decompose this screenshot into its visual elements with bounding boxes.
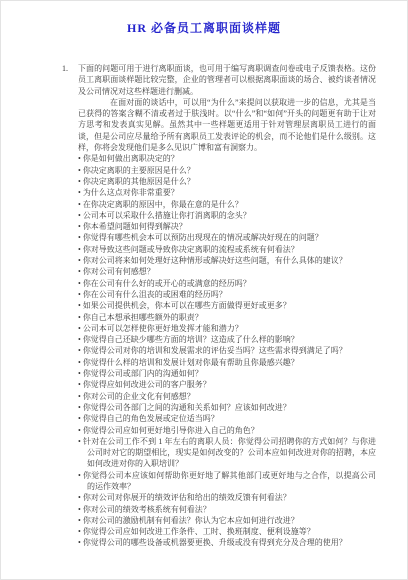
question-text: 你决定离职的主要原因是什么？ [83,166,195,175]
bullet-icon: • [78,324,81,333]
question-text: 你本希望问题如何得到解决？ [83,222,187,231]
bullet-icon: • [78,369,81,378]
question-text: 公司本可以采取什么措施让你打消离职的念头？ [83,211,251,220]
question-text: 在你决定离职的原因中，你最在意的是什么？ [83,200,243,209]
question-item: •你决定离职的主要原因是什么？ [78,165,376,176]
bullet-icon: • [78,177,81,186]
bullet-icon: • [78,245,81,254]
question-text: 你对公司的绩效考核系统有何看法？ [83,505,211,514]
question-item: •你自己本想承担哪些额外的职责？ [78,312,376,323]
question-text: 你对公司对你展开的绩效评估和给出的绩效反馈有何看法？ [83,493,291,502]
question-item: •针对在公司工作不到 1 年左右的离职人员：你觉得公司招聘你的方式如何？与你进公… [78,436,376,470]
bullet-icon: • [78,290,81,299]
question-text: 你决定离职的其他原因是什么？ [83,177,195,186]
question-item: •你在公司有什么好的或开心的或满意的经历吗？ [78,278,376,289]
question-item: •你觉得公司或部门内的沟通如何？ [78,368,376,379]
question-item: •为什么这点对你非常重要？ [78,187,376,198]
bullet-icon: • [78,166,81,175]
question-item: •你对导致这些问题或导致你决定离职的流程或系统有何看法？ [78,244,376,255]
question-item: •你觉得公司的哪些设备或机器要更换、升级或没有得到充分及合理的使用？ [78,537,376,548]
bullet-icon: • [78,414,81,423]
question-item: •你觉得公司应如何更好地引导你进入自己的角色？ [78,425,376,436]
question-text: 你觉得公司或部门内的沟通如何？ [83,369,203,378]
bullet-icon: • [78,222,81,231]
bullet-icon: • [78,437,81,446]
question-item: •如果公司提供机会，你本可以在哪些方面做得更好或更多？ [78,300,376,311]
question-text: 你觉得公司各部门之间的沟通和关系如何？应该如何改进？ [83,403,291,412]
question-text: 你自己本想承担哪些额外的职责？ [83,313,203,322]
bullet-icon: • [78,301,81,310]
bullet-icon: • [78,188,81,197]
bullet-icon: • [78,527,81,536]
item-content: 下面的问题可用于进行离职面谈，也可用于编写离职调查问卷或电子反馈表格。这份员工离… [78,63,376,549]
question-item: •公司本可以怎样使你更好地发挥才能和潜力？ [78,323,376,334]
bullet-icon: • [78,516,81,525]
question-text: 你对公司的激励机制有何看法？你认为它本应如何进行改进？ [83,516,299,525]
question-text: 为什么这点对你非常重要？ [83,188,179,197]
question-item: •你觉得公司本应该如何帮助你更好地了解其他部门或更好地与之合作，以提高公司的运作… [78,470,376,493]
question-text: 你是如何做出离职决定的？ [83,154,179,163]
question-item: •你对公司的激励机制有何看法？你认为它本应如何进行改进？ [78,515,376,526]
bullet-icon: • [78,267,81,276]
question-item: •你觉得公司应如何改进工作条件、工时、换班制度、便利设施等？ [78,526,376,537]
question-item: •你对公司的企业文化有何感想？ [78,391,376,402]
question-text: 你觉得有哪些机会本可以预防出现现在的情况或解决好现在的问题？ [83,233,323,242]
question-text: 你觉得自己的角色发展或定位适当吗？ [83,414,219,423]
numbered-item: 1. 下面的问题可用于进行离职面谈，也可用于编写离职调查问卷或电子反馈表格。这份… [62,63,376,549]
question-item: •你本希望问题如何得到解决？ [78,221,376,232]
question-text: 你觉得公司的哪些设备或机器要更换、升级或没有得到充分及合理的使用？ [83,538,347,547]
question-item: •你决定离职的其他原因是什么？ [78,176,376,187]
question-item: •你觉得公司对你的培训和发展需求的评估妥当吗？这些需求得到满足了吗？ [78,345,376,356]
question-text: 你觉得应如何改进公司的客户服务？ [83,380,211,389]
bullet-icon: • [78,313,81,322]
question-item: •你是如何做出离职决定的？ [78,153,376,164]
question-text: 你在公司有什么沮丧的或困难的经历吗？ [83,290,227,299]
question-item: •你觉得自己的角色发展或定位适当吗？ [78,413,376,424]
document-body: 1. 下面的问题可用于进行离职面谈，也可用于编写离职调查问卷或电子反馈表格。这份… [62,63,376,549]
question-text: 你在公司有什么好的或开心的或满意的经历吗？ [83,279,251,288]
bullet-icon: • [78,346,81,355]
question-item: •你对公司对你展开的绩效评估和给出的绩效反馈有何看法？ [78,492,376,503]
question-item: •你觉得有哪些机会本可以预防出现现在的情况或解决好现在的问题？ [78,232,376,243]
question-text: 你对公司将来如何处理好这种情形或解决好这些问题，有什么具体的建议？ [83,256,347,265]
question-text: 你觉得公司应如何更好地引导你进入自己的角色？ [83,426,259,435]
bullet-icon: • [78,358,81,367]
question-item: •你对公司有何感想？ [78,266,376,277]
question-text: 你觉得公司本应该如何帮助你更好地了解其他部门或更好地与之合作，以提高公司的运作效… [83,471,376,491]
question-text: 你对公司的企业文化有何感想？ [83,392,195,401]
question-item: •在你决定离职的原因中，你最在意的是什么？ [78,199,376,210]
question-text: 针对在公司工作不到 1 年左右的离职人员：你觉得公司招聘你的方式如何？与你进公司… [83,437,376,469]
bullet-icon: • [78,256,81,265]
bullet-icon: • [78,335,81,344]
question-text: 如果公司提供机会，你本可以在哪些方面做得更好或更多？ [83,301,291,310]
intro-paragraph-2: 在面对面的谈话中，可以用“为什么”来提问以获取进一步的信息，尤其是当已获得的答案… [78,97,376,153]
question-text: 你对导致这些问题或导致你决定离职的流程或系统有何看法？ [83,245,299,254]
question-text: 你觉得公司对你的培训和发展需求的评估妥当吗？这些需求得到满足了吗？ [83,346,347,355]
question-item: •你觉得自己还缺少哪些方面的培训？这造成了什么样的影响？ [78,334,376,345]
bullet-icon: • [78,200,81,209]
bullet-icon: • [78,392,81,401]
bullet-icon: • [78,505,81,514]
document-page: HR 必备员工离职面谈样题 1. 下面的问题可用于进行离职面谈，也可用于编写离职… [0,0,408,580]
bullet-icon: • [78,493,81,502]
list-number: 1. [62,63,78,74]
page-title: HR 必备员工离职面谈样题 [1,19,407,36]
question-item: •你对公司的绩效考核系统有何看法？ [78,504,376,515]
bullet-icon: • [78,380,81,389]
bullet-icon: • [78,403,81,412]
bullet-icon: • [78,233,81,242]
bullet-icon: • [78,211,81,220]
bullet-icon: • [78,471,81,480]
bullet-icon: • [78,538,81,547]
question-item: •你对公司将来如何处理好这种情形或解决好这些问题，有什么具体的建议？ [78,255,376,266]
question-text: 你觉得自己还缺少哪些方面的培训？这造成了什么样的影响？ [83,335,299,344]
question-item: •你觉得什么样的培训和发展计划对你最有帮助且你最感兴趣？ [78,357,376,368]
question-text: 你觉得公司应如何改进工作条件、工时、换班制度、便利设施等？ [83,527,315,536]
question-text: 公司本可以怎样使你更好地发挥才能和潜力？ [83,324,243,333]
question-text: 你觉得什么样的培训和发展计划对你最有帮助且你最感兴趣？ [83,358,299,367]
question-list: •你是如何做出离职决定的？•你决定离职的主要原因是什么？•你决定离职的其他原因是… [78,153,376,548]
question-item: •你觉得应如何改进公司的客户服务？ [78,379,376,390]
bullet-icon: • [78,426,81,435]
intro-paragraph-1: 下面的问题可用于进行离职面谈，也可用于编写离职调查问卷或电子反馈表格。这份员工离… [78,63,376,97]
bullet-icon: • [78,279,81,288]
question-text: 你对公司有何感想？ [83,267,155,276]
bullet-icon: • [78,154,81,163]
question-item: •你在公司有什么沮丧的或困难的经历吗？ [78,289,376,300]
question-item: •公司本可以采取什么措施让你打消离职的念头？ [78,210,376,221]
question-item: •你觉得公司各部门之间的沟通和关系如何？应该如何改进？ [78,402,376,413]
